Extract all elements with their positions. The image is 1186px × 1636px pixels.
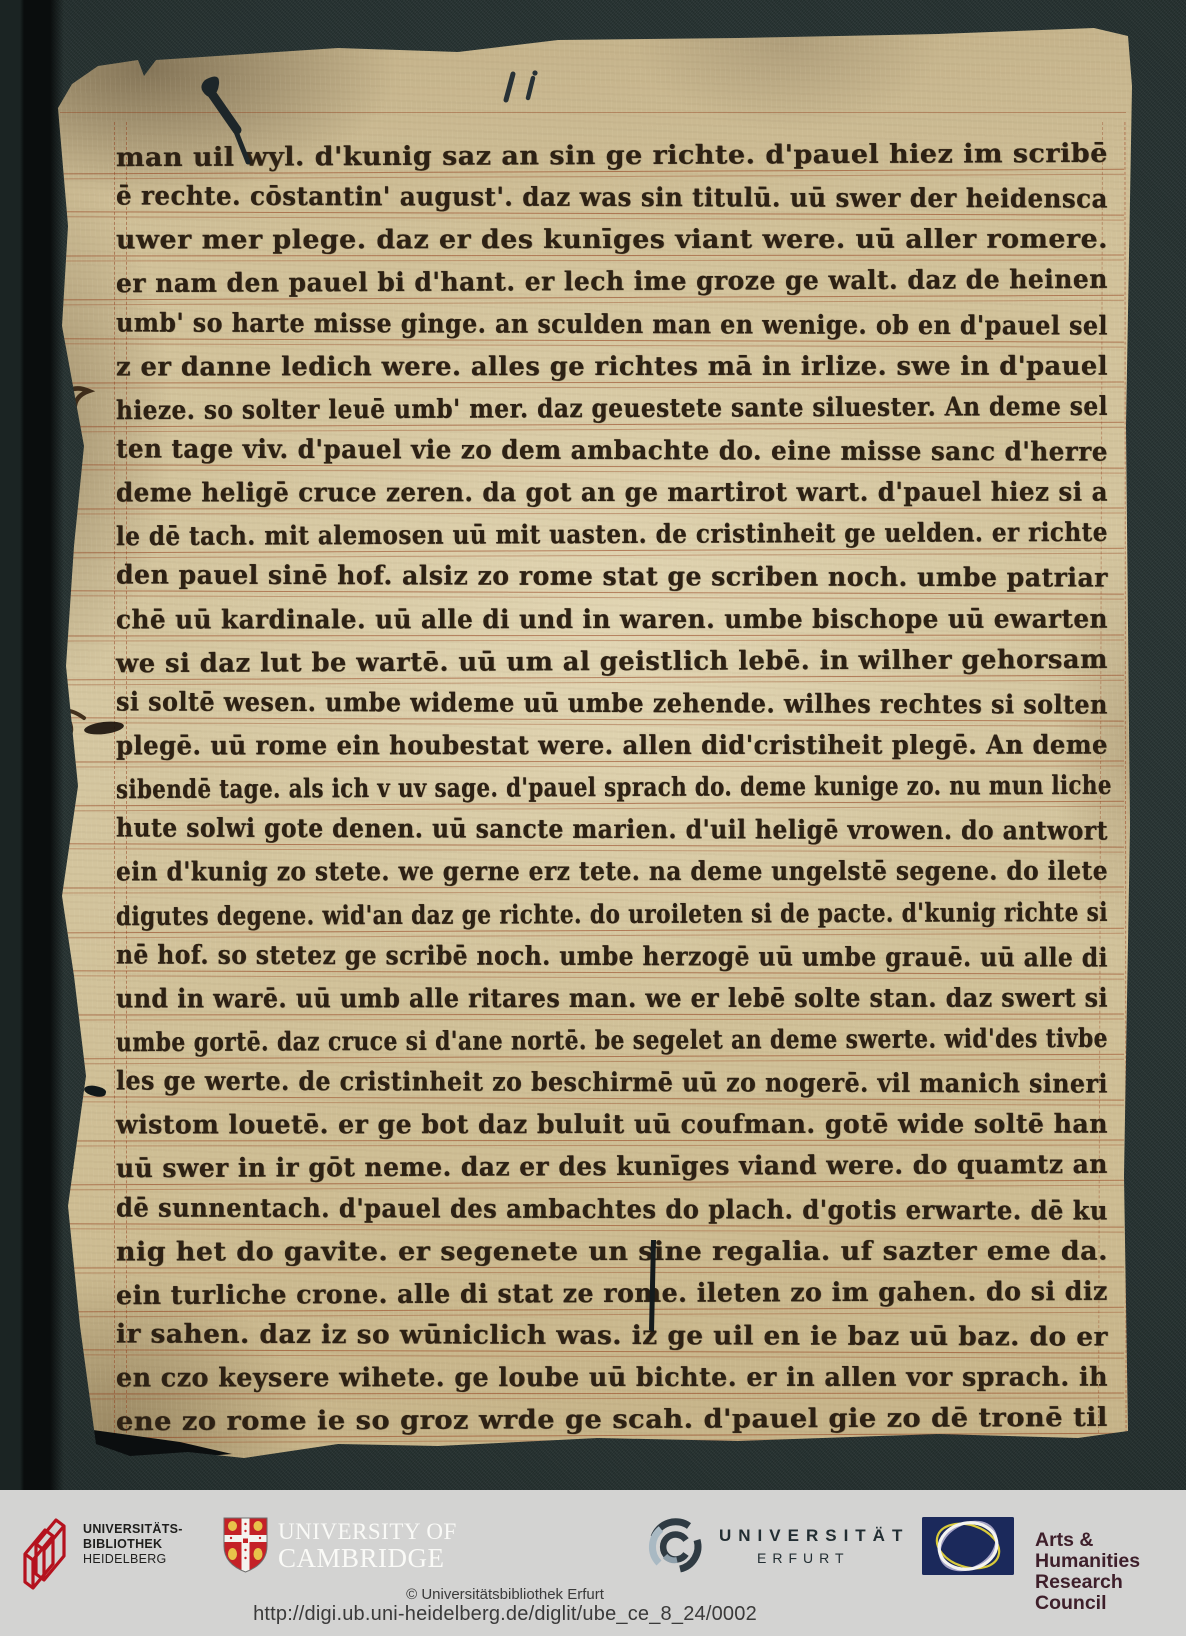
source-url: http://digi.ub.uni-heidelberg.de/diglit/…: [0, 1603, 1010, 1626]
manuscript-text-block: man uil wyl. d'kunig saz an sin ge richt…: [116, 136, 1108, 1442]
manuscript-line: deme heligē cruce zeren. da got an ge ma…: [116, 473, 1108, 516]
manuscript-line: nig het do gavite. er segenete un sine r…: [116, 1231, 1108, 1274]
corner-shadow: [62, 1392, 242, 1462]
double-tick-marks-icon: [498, 68, 542, 106]
manuscript-line: sibendē tage. als ich v uv sage. d'pauel…: [116, 766, 1108, 812]
erfurt-line1: UNIVERSITÄT: [719, 1526, 909, 1546]
book-spine-shadow: [0, 0, 64, 1490]
manuscript-line: uwer mer plege. daz er des kunīges viant…: [116, 220, 1108, 263]
manuscript-line: und in warē. uū umb alle ritares man. we…: [116, 978, 1108, 1021]
left-margin-rule: [114, 122, 115, 1448]
heidelberg-line3: HEIDELBERG: [83, 1552, 183, 1567]
erfurt-logo-icon: [648, 1514, 706, 1578]
copyright-line: © Universitätsbibliothek Erfurt: [0, 1586, 1010, 1603]
manuscript-line: we si daz lut be wartē. uū um al geistli…: [116, 640, 1108, 686]
cambridge-line1: UNIVERSITY OF: [278, 1519, 457, 1544]
heidelberg-line2: BIBLIOTHEK: [83, 1537, 183, 1552]
manuscript-line: chē uū kardinale. uū alle di und in ware…: [116, 599, 1108, 642]
ahrc-logo-text: Arts & Humanities Research Council: [1035, 1530, 1186, 1614]
right-edge-rule: [1124, 122, 1126, 1448]
manuscript-line: wistom louetē. er ge bot daz buluit uū c…: [116, 1105, 1108, 1148]
heidelberg-logo-text: UNIVERSITÄTS- BIBLIOTHEK HEIDELBERG: [83, 1522, 183, 1567]
manuscript-line: umb' so harte misse ginge. an sculden ma…: [116, 303, 1108, 348]
cambridge-logo-text: UNIVERSITY OF CAMBRIDGE: [278, 1519, 457, 1572]
manuscript-line: er nam den pauel bi d'hant. er lech ime …: [116, 260, 1108, 306]
manuscript-line: en czo keysere wihete. ge loube uū bicht…: [116, 1358, 1108, 1401]
manuscript-line: uū swer in ir gōt neme. daz er des kunīg…: [116, 1145, 1108, 1191]
erfurt-line2: ERFURT: [757, 1550, 909, 1566]
manuscript-line: z er danne ledich were. alles ge richtes…: [116, 346, 1108, 389]
manuscript-line: nē hof. so stetez ge scribē noch. umbe h…: [116, 935, 1108, 980]
manuscript-line: dē sunnentach. d'pauel des ambachtes do …: [116, 1188, 1108, 1233]
ahrc-line1: Arts & Humanities: [1035, 1530, 1186, 1572]
digitized-manuscript-page: man uil wyl. d'kunig saz an sin ge richt…: [0, 0, 1186, 1636]
manuscript-line: ē rechte. cōstantin' august'. daz was si…: [116, 177, 1108, 222]
heidelberg-books-icon: [18, 1512, 72, 1590]
manuscript-line: ein turliche crone. alle di stat ze rome…: [116, 1272, 1108, 1318]
manuscript-line: ten tage viv. d'pauel vie zo dem ambacht…: [116, 429, 1108, 474]
heidelberg-line1: UNIVERSITÄTS-: [83, 1522, 183, 1537]
cambridge-shield-icon: [222, 1516, 269, 1574]
manuscript-line: umbe gortē. daz cruce si d'ane nortē. be…: [116, 1019, 1108, 1065]
diagonal-quill-stroke-icon: [193, 74, 255, 170]
manuscript-line: ene zo rome ie so groz wrde ge scah. d'p…: [116, 1398, 1108, 1444]
photo-area: man uil wyl. d'kunig saz an sin ge richt…: [0, 0, 1186, 1490]
manuscript-line: si soltē wesen. umbe wideme uū umbe zehe…: [116, 682, 1108, 727]
manuscript-line: hute solwi gote denen. uū sancte marien.…: [116, 809, 1108, 854]
erfurt-logo-text: UNIVERSITÄT ERFURT: [719, 1526, 909, 1566]
manuscript-line: plegē. uū rome ein houbestat were. allen…: [116, 726, 1108, 769]
credit-block: © Universitätsbibliothek Erfurt http://d…: [0, 1586, 1010, 1626]
manuscript-line: man uil wyl. d'kunig saz an sin ge richt…: [116, 134, 1108, 180]
cambridge-logo-group: UNIVERSITY OF CAMBRIDGE: [222, 1516, 457, 1574]
manuscript-line: les ge werte. de cristinheit zo beschirm…: [116, 1062, 1108, 1107]
erfurt-logo-group: UNIVERSITÄT ERFURT: [648, 1514, 909, 1578]
parchment-page: man uil wyl. d'kunig saz an sin ge richt…: [38, 26, 1140, 1462]
manuscript-line: digutes degene. wid'an daz ge richte. do…: [116, 892, 1108, 938]
cambridge-line2: CAMBRIDGE: [278, 1544, 457, 1572]
ahrc-logo-icon: [922, 1517, 1022, 1577]
heidelberg-logo-group: UNIVERSITÄTS- BIBLIOTHEK HEIDELBERG: [18, 1512, 183, 1590]
manuscript-line: den pauel sinē hof. alsiz zo rome stat g…: [116, 556, 1108, 601]
manuscript-line: ir sahen. daz iz so wūniclich was. iz ge…: [116, 1314, 1108, 1359]
ahrc-line2: Research Council: [1035, 1572, 1186, 1614]
manuscript-line: hieze. so solter leuē umb' mer. daz geue…: [116, 387, 1108, 433]
manuscript-line: le dē tach. mit alemosen uū mit uasten. …: [116, 513, 1108, 559]
manuscript-line: ein d'kunig zo stete. we gerne erz tete.…: [116, 852, 1108, 895]
vertical-ink-stroke: [646, 1240, 660, 1332]
